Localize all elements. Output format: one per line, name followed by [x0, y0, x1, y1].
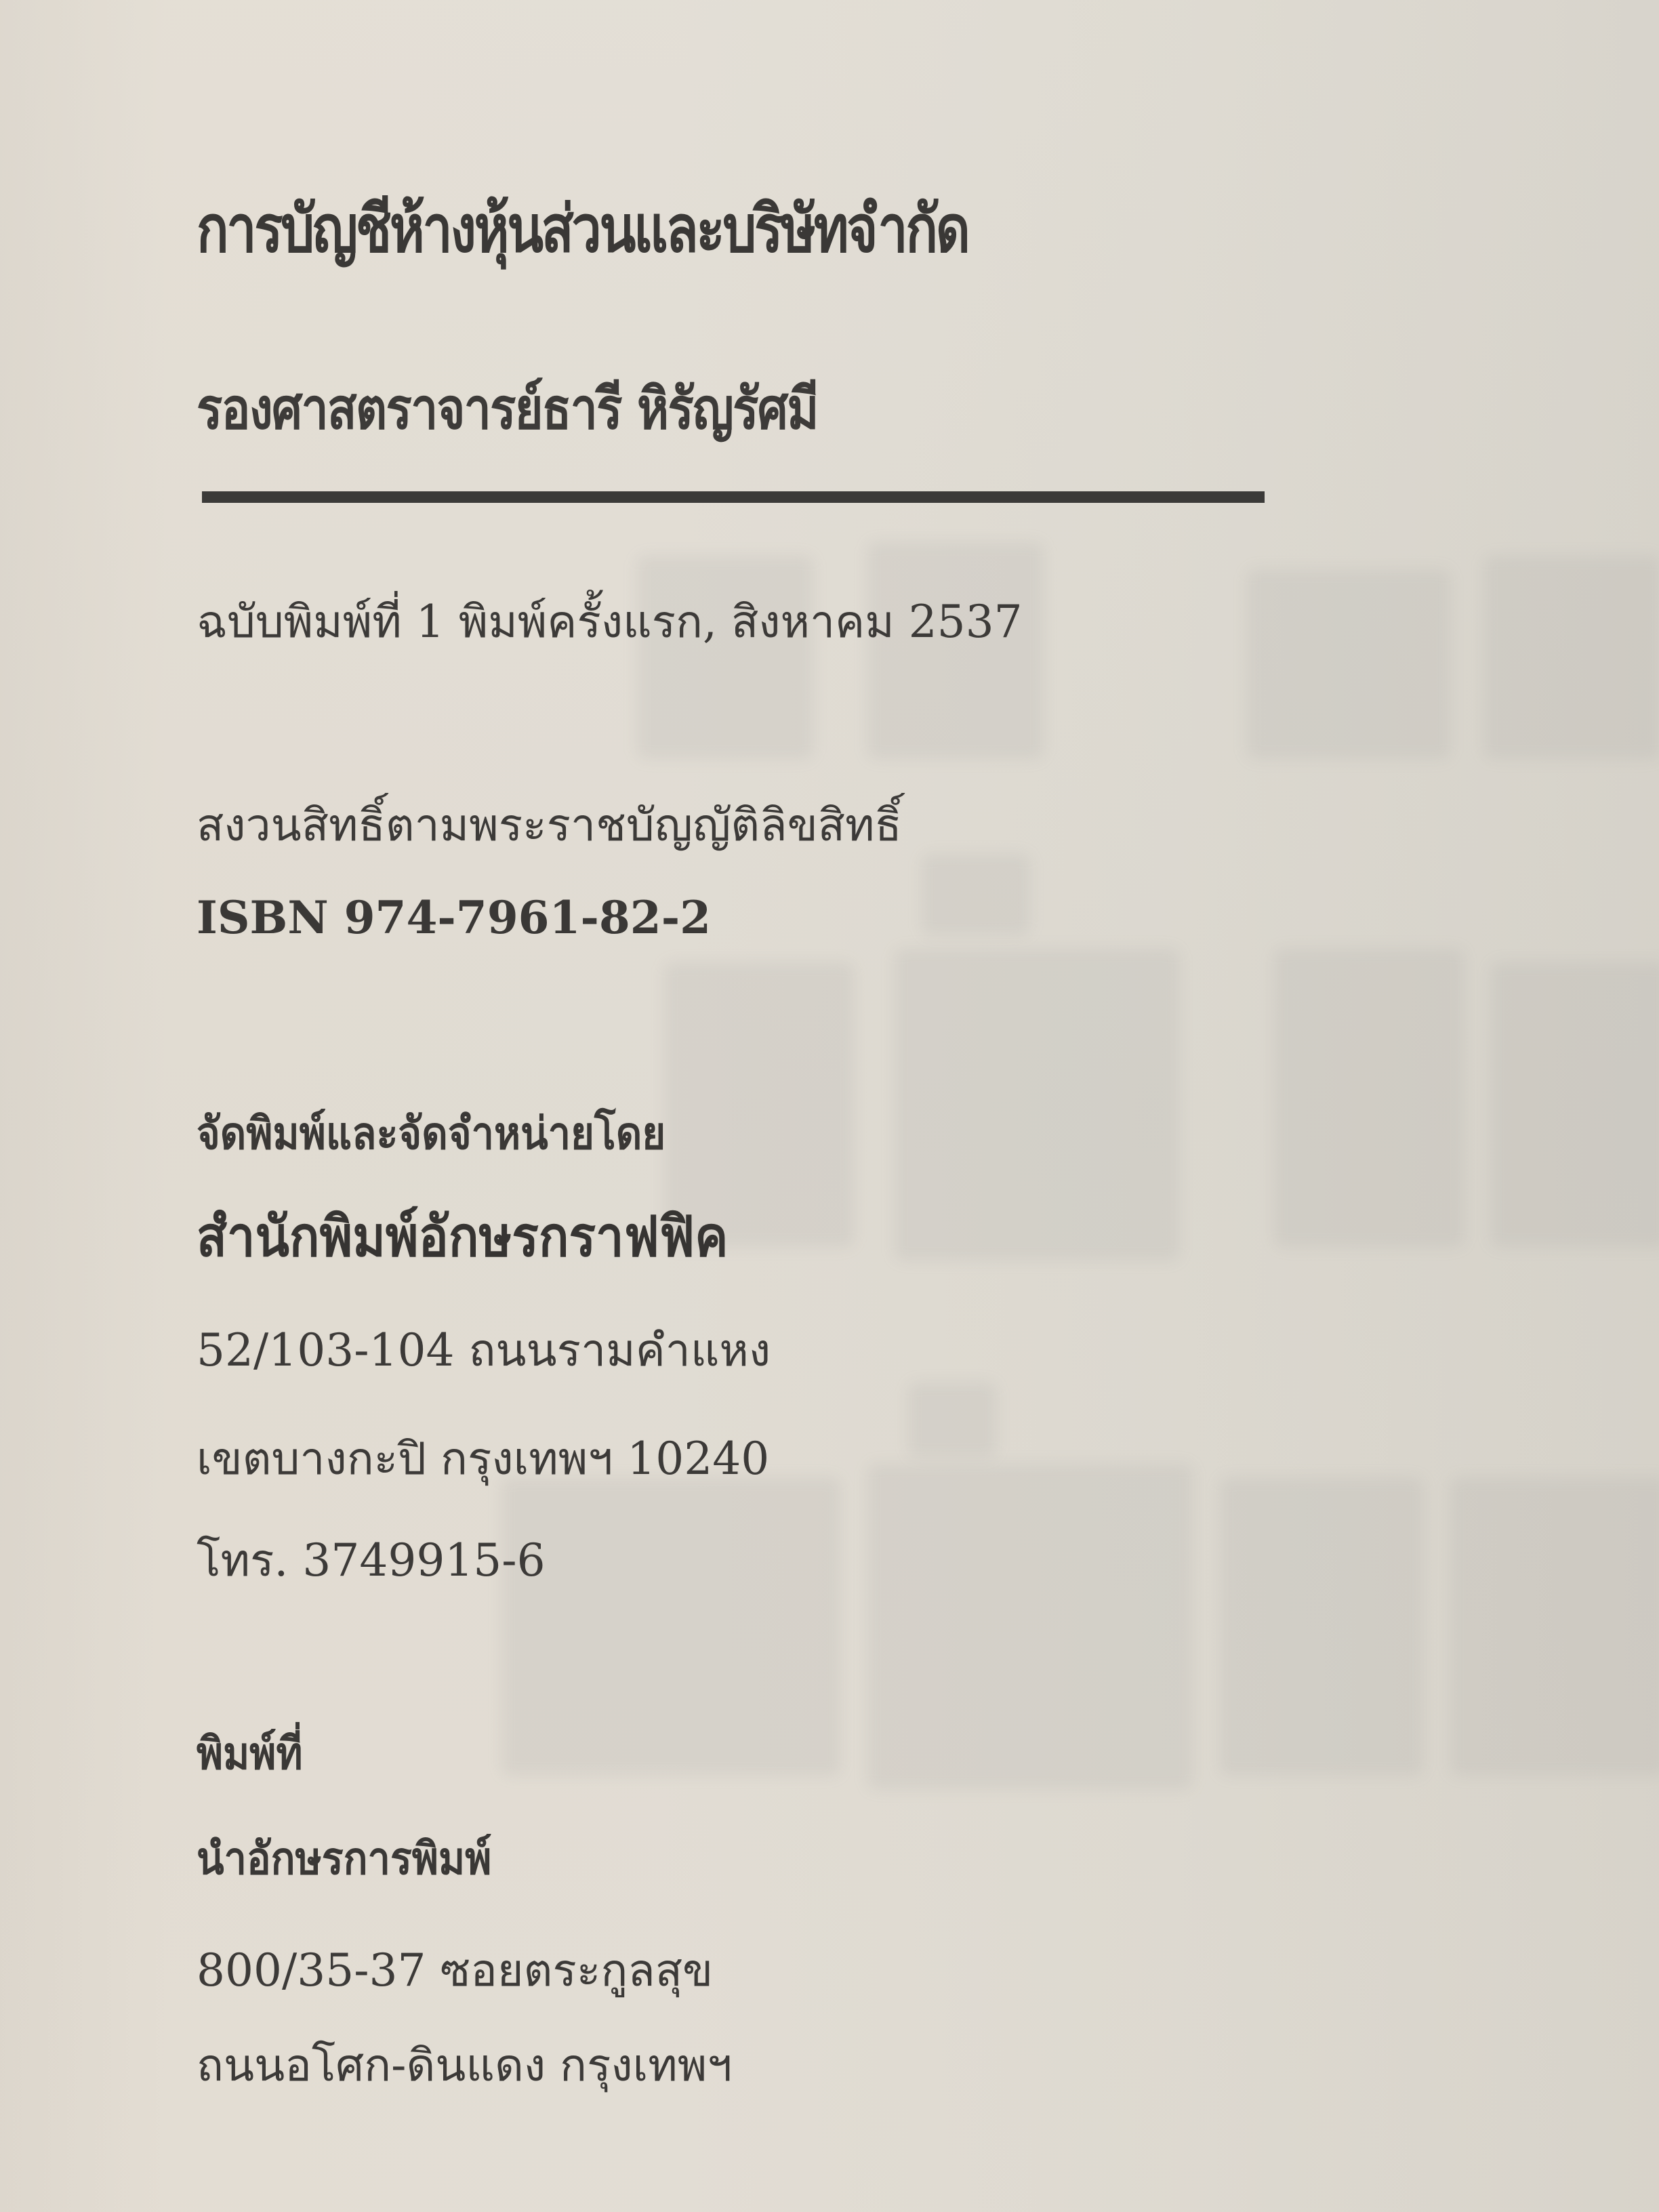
- author-name: รองศาสตราจารย์ธารี หิรัญรัศมี: [197, 363, 818, 453]
- publisher-name: สำนักพิมพ์อักษรกราฟฟิค: [197, 1193, 728, 1281]
- publisher-address-line1: 52/103-104 ถนนรามคำแหง: [197, 1315, 771, 1386]
- isbn: ISBN 974-7961-82-2: [197, 891, 711, 944]
- printer-name: นำอักษรการพิมพ์: [197, 1823, 491, 1894]
- divider-rule: [202, 491, 1265, 503]
- printer-address-line2: ถนนอโศก-ดินแดง กรุงเทพฯ: [197, 2030, 732, 2101]
- publisher-phone: โทร. 3749915-6: [197, 1525, 546, 1596]
- printer-heading: พิมพ์ที่: [197, 1718, 303, 1789]
- printer-address-line1: 800/35-37 ซอยตระกูลสุข: [197, 1935, 713, 2006]
- copyright-notice: สงวนสิทธิ์ตามพระราชบัญญัติลิขสิทธิ์: [197, 790, 902, 861]
- edition-info: ฉบับพิมพ์ที่ 1 พิมพ์ครั้งแรก, สิงหาคม 25…: [197, 586, 1023, 657]
- book-title: การบัญชีห้างหุ้นส่วนและบริษัทจำกัด: [197, 178, 968, 281]
- publisher-address-line2: เขตบางกะปิ กรุงเทพฯ 10240: [197, 1423, 769, 1494]
- publisher-heading: จัดพิมพ์และจัดจำหน่ายโดย: [197, 1098, 665, 1169]
